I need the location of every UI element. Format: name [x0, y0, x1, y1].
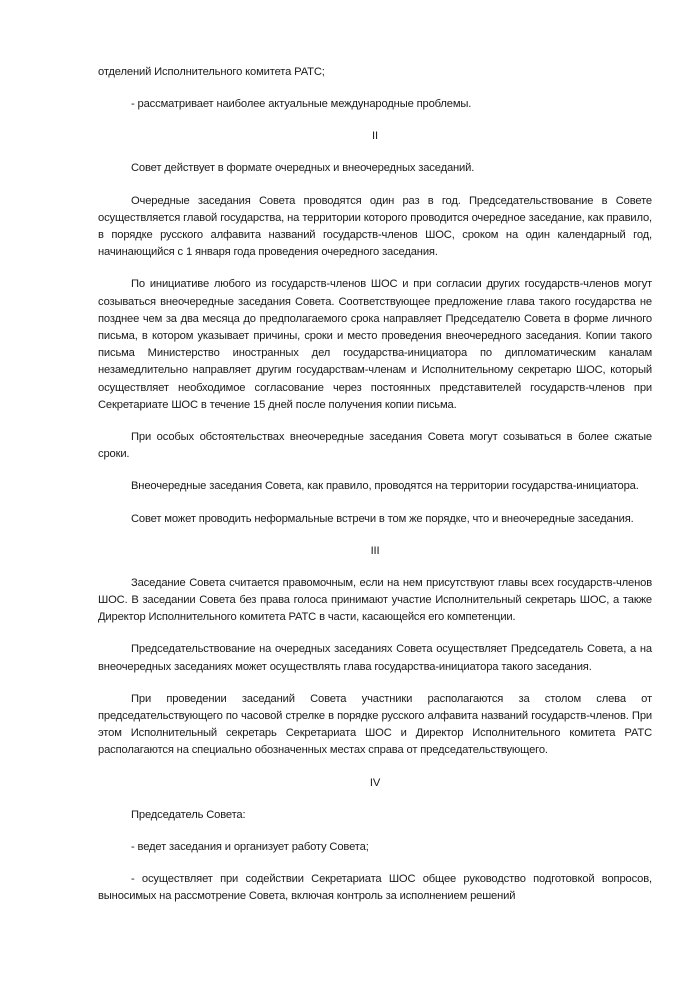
paragraph: По инициативе любого из государств-члено… [98, 276, 652, 414]
paragraph: - осуществляет при содействии Секретариа… [98, 871, 652, 905]
paragraph: Заседание Совета считается правомочным, … [98, 575, 652, 627]
paragraph: Председательствование на очередных засед… [98, 641, 652, 675]
document-page: отделений Исполнительного комитета РАТС;… [98, 64, 652, 906]
paragraph: - ведет заседания и организует работу Со… [98, 839, 652, 856]
section-heading: II [98, 128, 652, 145]
paragraph: Внеочередные заседания Совета, как прави… [98, 478, 652, 495]
paragraph: отделений Исполнительного комитета РАТС; [98, 64, 652, 81]
paragraph: - рассматривает наиболее актуальные межд… [98, 96, 652, 113]
paragraph: Председатель Совета: [98, 807, 652, 824]
paragraph: При особых обстоятельствах внеочередные … [98, 429, 652, 463]
section-heading: IV [98, 775, 652, 792]
paragraph: Совет может проводить неформальные встре… [98, 511, 652, 528]
paragraph: Совет действует в формате очередных и вн… [98, 160, 652, 177]
paragraph: При проведении заседаний Совета участник… [98, 691, 652, 760]
section-heading: III [98, 543, 652, 560]
paragraph: Очередные заседания Совета проводятся од… [98, 193, 652, 262]
